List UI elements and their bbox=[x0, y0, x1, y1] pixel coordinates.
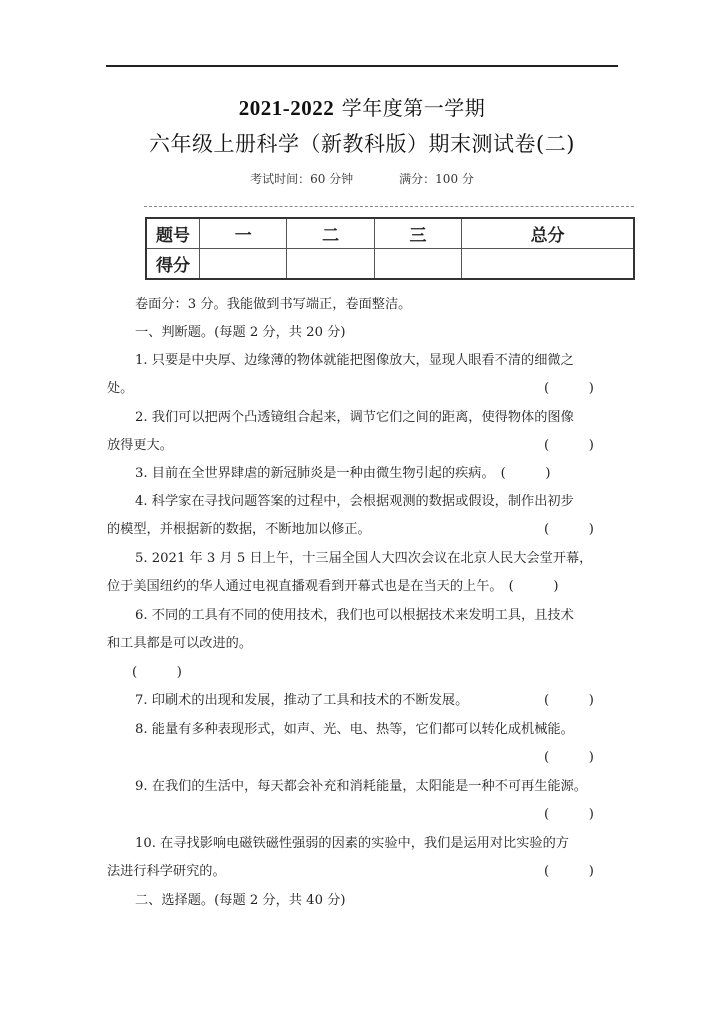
question-7-text: 7. 印刷术的出现和发展，推动了工具和技术的不断发展。 bbox=[107, 689, 468, 708]
question-6-line1: 6. 不同的工具有不同的使用技术，我们也可以根据技术来发明工具，且技术 bbox=[107, 604, 574, 623]
question-2-line1: 2. 我们可以把两个凸透镜组合起来，调节它们之间的距离，使得物体的图像 bbox=[107, 406, 574, 425]
score-input-total[interactable] bbox=[462, 249, 634, 280]
cell-label-score: 得分 bbox=[146, 249, 200, 280]
score-table-header-row: 题号 一 二 三 总分 bbox=[146, 218, 634, 249]
cell-section-2: 二 bbox=[287, 218, 374, 249]
question-5-line2-text: 位于美国纽约的华人通过电视直播观看到开幕式也是在当天的上午。 bbox=[107, 579, 503, 594]
question-5-line1: 5. 2021 年 3 月 5 日上午，十三届全国人大四次会议在北京人民大会堂开… bbox=[107, 547, 592, 566]
answer-blank-10[interactable]: ( ) bbox=[544, 860, 594, 879]
header-rule bbox=[106, 65, 618, 67]
question-3-text: 3. 目前在全世界肆虐的新冠肺炎是一种由微生物引起的疾病。 bbox=[135, 466, 495, 481]
exam-time: 考试时间：60 分钟 bbox=[250, 172, 353, 186]
answer-blank-3[interactable]: ( ) bbox=[501, 466, 551, 481]
question-4-line2: 的模型，并根据新的数据，不断地加以修正。 bbox=[107, 518, 371, 537]
dashed-divider bbox=[144, 206, 634, 207]
score-input-section-2[interactable] bbox=[287, 249, 374, 280]
exam-meta: 考试时间：60 分钟满分：100 分 bbox=[0, 170, 724, 187]
answer-blank-2[interactable]: ( ) bbox=[544, 434, 594, 453]
question-6-line2: 和工具都是可以改进的。 bbox=[107, 632, 252, 651]
score-input-section-3[interactable] bbox=[374, 249, 461, 280]
answer-blank-8[interactable]: ( ) bbox=[544, 746, 594, 765]
answer-blank-7[interactable]: ( ) bbox=[544, 689, 594, 708]
question-3: 3. 目前在全世界肆虐的新冠肺炎是一种由微生物引起的疾病。( ) bbox=[107, 462, 551, 481]
score-input-section-1[interactable] bbox=[200, 249, 287, 280]
question-8-text: 8. 能量有多种表现形式，如声、光、电、热等，它们都可以转化成机械能。 bbox=[107, 718, 574, 737]
question-10-line2: 法进行科学研究的。 bbox=[107, 860, 226, 879]
full-score: 满分：100 分 bbox=[399, 172, 474, 186]
neatness-note: 卷面分：3 分。我能做到书写端正，卷面整洁。 bbox=[107, 293, 411, 312]
cell-label-question-no: 题号 bbox=[146, 218, 200, 249]
cell-total: 总分 bbox=[462, 218, 634, 249]
answer-blank-9[interactable]: ( ) bbox=[544, 803, 594, 822]
cell-section-3: 三 bbox=[374, 218, 461, 249]
question-1-line2: 处。 bbox=[107, 377, 133, 396]
exam-subtitle: 六年级上册科学（新教科版）期末测试卷(二) bbox=[0, 128, 724, 158]
answer-blank-4[interactable]: ( ) bbox=[544, 518, 594, 537]
question-1-line1: 1. 只要是中央厚、边缘薄的物体就能把图像放大，显现人眼看不清的细微之 bbox=[107, 349, 574, 368]
answer-blank-5[interactable]: ( ) bbox=[509, 579, 559, 594]
question-4-line1: 4. 科学家在寻找问题答案的过程中，会根据观测的数据或假设，制作出初步 bbox=[107, 490, 574, 509]
title-year: 2021-2022 bbox=[239, 96, 335, 120]
question-10-line1: 10. 在寻找影响电磁铁磁性强弱的因素的实验中，我们是运用对比实验的方 bbox=[107, 832, 569, 851]
cell-section-1: 一 bbox=[200, 218, 287, 249]
title-term: 学年度第一学期 bbox=[342, 96, 486, 120]
section1-heading: 一、判断题。(每题 2 分，共 20 分) bbox=[107, 321, 345, 340]
score-table: 题号 一 二 三 总分 得分 bbox=[145, 217, 635, 280]
question-9-text: 9. 在我们的生活中，每天都会补充和消耗能量，太阳能是一种不可再生能源。 bbox=[107, 775, 587, 794]
question-2-line2: 放得更大。 bbox=[107, 434, 173, 453]
exam-title-year: 2021-2022 学年度第一学期 bbox=[0, 92, 724, 121]
answer-blank-1[interactable]: ( ) bbox=[544, 377, 594, 396]
section2-heading: 二、选择题。(每题 2 分，共 40 分) bbox=[107, 889, 345, 908]
question-5-line2: 位于美国纽约的华人通过电视直播观看到开幕式也是在当天的上午。( ) bbox=[107, 575, 558, 594]
answer-blank-6[interactable]: ( ) bbox=[132, 661, 182, 680]
score-table-score-row: 得分 bbox=[146, 249, 634, 280]
